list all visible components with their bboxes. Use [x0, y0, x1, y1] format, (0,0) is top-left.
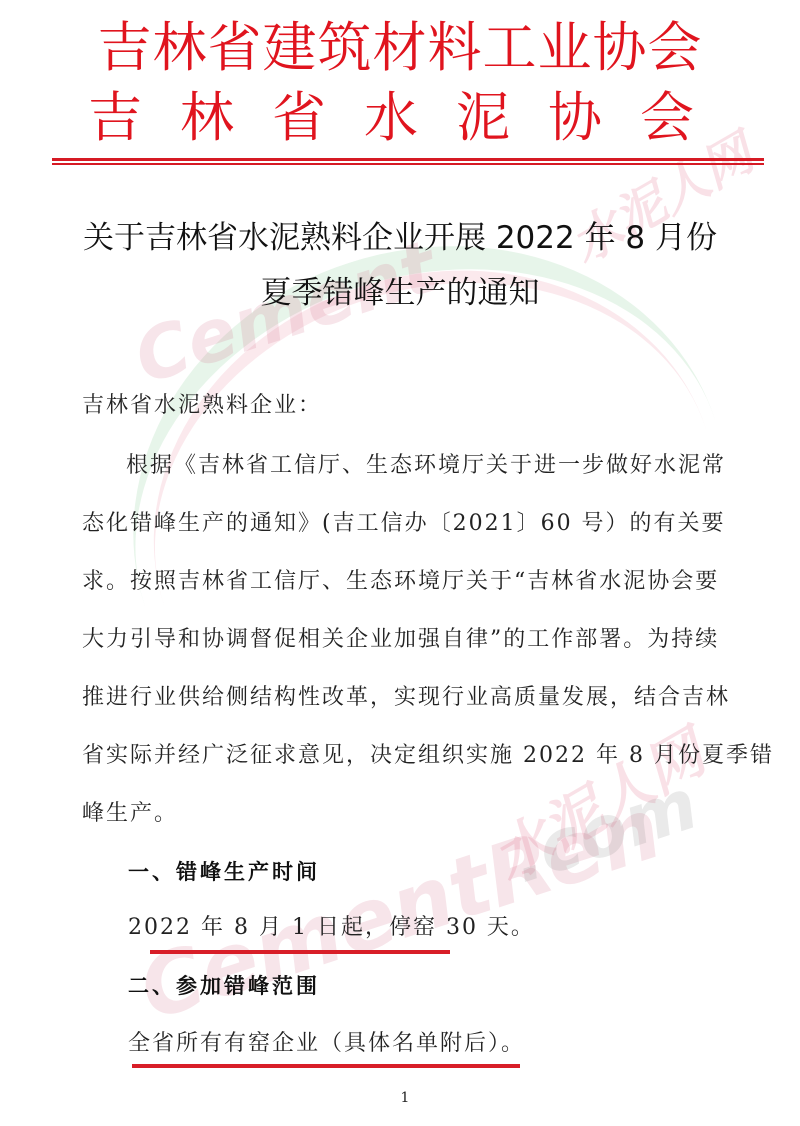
paragraph-line: 态化错峰生产的通知》(吉工信办〔2021〕60 号）的有关要 — [82, 510, 732, 538]
letterhead-rule-thin — [52, 163, 764, 165]
section-heading-schedule: 一、错峰生产时间 — [128, 858, 778, 886]
letterhead-org-2: 吉林省水泥协会 — [50, 88, 750, 148]
section-content-schedule: 2022 年 8 月 1 日起，停窑 30 天。 — [128, 914, 778, 942]
red-underline-schedule — [150, 950, 450, 954]
red-underline-scope — [132, 1064, 520, 1068]
paragraph-line: 省实际并经广泛征求意见，决定组织实施 2022 年 8 月份夏季错 — [82, 742, 732, 770]
paragraph-line: 求。按照吉林省工信厅、生态环境厅关于“吉林省水泥协会要 — [82, 568, 732, 596]
paragraph-line: 推进行业供给侧结构性改革，实现行业高质量发展，结合吉林 — [82, 684, 732, 712]
paragraph-line: 大力引导和协调督促相关企业加强自律”的工作部署。为持续 — [82, 626, 732, 654]
page-number: 1 — [395, 1090, 415, 1106]
paragraph-line: 根据《吉林省工信厅、生态环境厅关于进一步做好水泥常 — [126, 452, 776, 480]
paragraph-line: 峰生产。 — [82, 800, 732, 828]
document-title-line-1: 关于吉林省水泥熟料企业开展 2022 年 8 月份 — [40, 212, 760, 257]
section-content-scope: 全省所有有窑企业（具体名单附后）。 — [128, 1030, 778, 1058]
document-title-line-2: 夏季错峰生产的通知 — [40, 267, 760, 312]
letterhead-org-1: 吉林省建筑材料工业协会 — [50, 18, 750, 78]
letterhead-rule-thick — [52, 158, 764, 161]
salutation: 吉林省水泥熟料企业： — [82, 392, 732, 420]
section-heading-scope: 二、参加错峰范围 — [128, 972, 778, 1000]
